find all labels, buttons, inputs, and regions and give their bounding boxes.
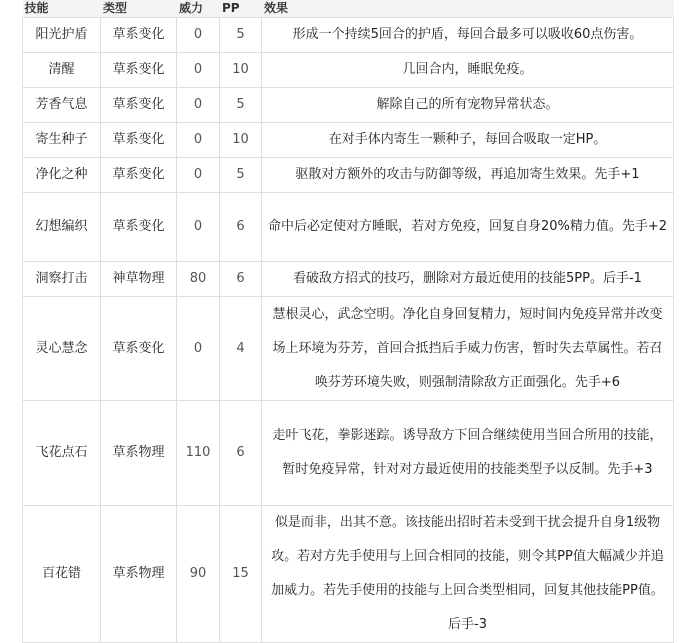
skill-effect: 解除自己的所有宠物异常状态。 (262, 88, 674, 123)
skill-power: 90 (177, 506, 220, 643)
skill-power: 110 (177, 401, 220, 506)
skill-effect: 慧根灵心，武念空明。净化自身回复精力，短时间内免疫异常并改变场上环境为芬芳，首回… (262, 297, 674, 401)
skill-power: 0 (177, 297, 220, 401)
skill-type: 草系变化 (101, 88, 177, 123)
skill-power: 80 (177, 262, 220, 297)
header-pp: PP (220, 0, 262, 18)
skill-pp: 6 (220, 193, 262, 262)
header-type: 类型 (101, 0, 177, 18)
skill-power: 0 (177, 123, 220, 158)
header-power: 威力 (177, 0, 220, 18)
skill-name: 芳香气息 (23, 88, 101, 123)
skill-effect: 几回合内，睡眠免疫。 (262, 53, 674, 88)
table-row: 百花错 草系物理 90 15 似是而非，出其不意。该技能出招时若未受到干扰会提升… (23, 506, 674, 643)
skill-power: 0 (177, 88, 220, 123)
skill-power: 0 (177, 18, 220, 53)
skill-pp: 6 (220, 262, 262, 297)
skill-type: 草系物理 (101, 506, 177, 643)
skill-name: 灵心慧念 (23, 297, 101, 401)
table-row: 阳光护盾 草系变化 0 5 形成一个持续5回合的护盾，每回合最多可以吸收60点伤… (23, 18, 674, 53)
skill-effect: 走叶飞花，拳影迷踪。诱导敌方下回合继续使用当回合所用的技能，暂时免疫异常，针对对… (262, 401, 674, 506)
skill-name: 净化之种 (23, 158, 101, 193)
header-skill: 技能 (23, 0, 101, 18)
skill-type: 神草物理 (101, 262, 177, 297)
skill-effect: 驱散对方额外的攻击与防御等级，再追加寄生效果。先手+1 (262, 158, 674, 193)
table-header-row: 技能 类型 威力 PP 效果 (23, 0, 674, 18)
skill-type: 草系变化 (101, 53, 177, 88)
table-row: 寄生种子 草系变化 0 10 在对手体内寄生一颗种子，每回合吸取一定HP。 (23, 123, 674, 158)
skill-type: 草系物理 (101, 401, 177, 506)
skill-effect: 看破敌方招式的技巧，删除对方最近使用的技能5PP。后手-1 (262, 262, 674, 297)
skill-type: 草系变化 (101, 297, 177, 401)
skill-name: 百花错 (23, 506, 101, 643)
skill-pp: 5 (220, 158, 262, 193)
skill-pp: 5 (220, 18, 262, 53)
skill-power: 0 (177, 158, 220, 193)
skill-type: 草系变化 (101, 158, 177, 193)
skill-name: 飞花点石 (23, 401, 101, 506)
skill-pp: 6 (220, 401, 262, 506)
table-row: 飞花点石 草系物理 110 6 走叶飞花，拳影迷踪。诱导敌方下回合继续使用当回合… (23, 401, 674, 506)
skill-type: 草系变化 (101, 123, 177, 158)
skill-pp: 4 (220, 297, 262, 401)
skill-pp: 15 (220, 506, 262, 643)
table-row: 灵心慧念 草系变化 0 4 慧根灵心，武念空明。净化自身回复精力，短时间内免疫异… (23, 297, 674, 401)
skill-effect: 形成一个持续5回合的护盾，每回合最多可以吸收60点伤害。 (262, 18, 674, 53)
table-row: 净化之种 草系变化 0 5 驱散对方额外的攻击与防御等级，再追加寄生效果。先手+… (23, 158, 674, 193)
skills-table: 技能 类型 威力 PP 效果 阳光护盾 草系变化 0 5 形成一个持续5回合的护… (22, 0, 674, 643)
skill-effect: 似是而非，出其不意。该技能出招时若未受到干扰会提升自身1级物攻。若对方先手使用与… (262, 506, 674, 643)
table-row: 洞察打击 神草物理 80 6 看破敌方招式的技巧，删除对方最近使用的技能5PP。… (23, 262, 674, 297)
header-effect: 效果 (262, 0, 674, 18)
skill-name: 阳光护盾 (23, 18, 101, 53)
table-row: 幻想编织 草系变化 0 6 命中后必定使对方睡眠，若对方免疫，回复自身20%精力… (23, 193, 674, 262)
skill-pp: 10 (220, 53, 262, 88)
skill-effect: 命中后必定使对方睡眠，若对方免疫，回复自身20%精力值。先手+2 (262, 193, 674, 262)
skill-name: 寄生种子 (23, 123, 101, 158)
table-row: 清醒 草系变化 0 10 几回合内，睡眠免疫。 (23, 53, 674, 88)
skill-name: 清醒 (23, 53, 101, 88)
skill-pp: 10 (220, 123, 262, 158)
skill-power: 0 (177, 193, 220, 262)
skill-name: 幻想编织 (23, 193, 101, 262)
table-row: 芳香气息 草系变化 0 5 解除自己的所有宠物异常状态。 (23, 88, 674, 123)
skill-power: 0 (177, 53, 220, 88)
skill-pp: 5 (220, 88, 262, 123)
skill-type: 草系变化 (101, 18, 177, 53)
skill-effect: 在对手体内寄生一颗种子，每回合吸取一定HP。 (262, 123, 674, 158)
skill-type: 草系变化 (101, 193, 177, 262)
skill-name: 洞察打击 (23, 262, 101, 297)
